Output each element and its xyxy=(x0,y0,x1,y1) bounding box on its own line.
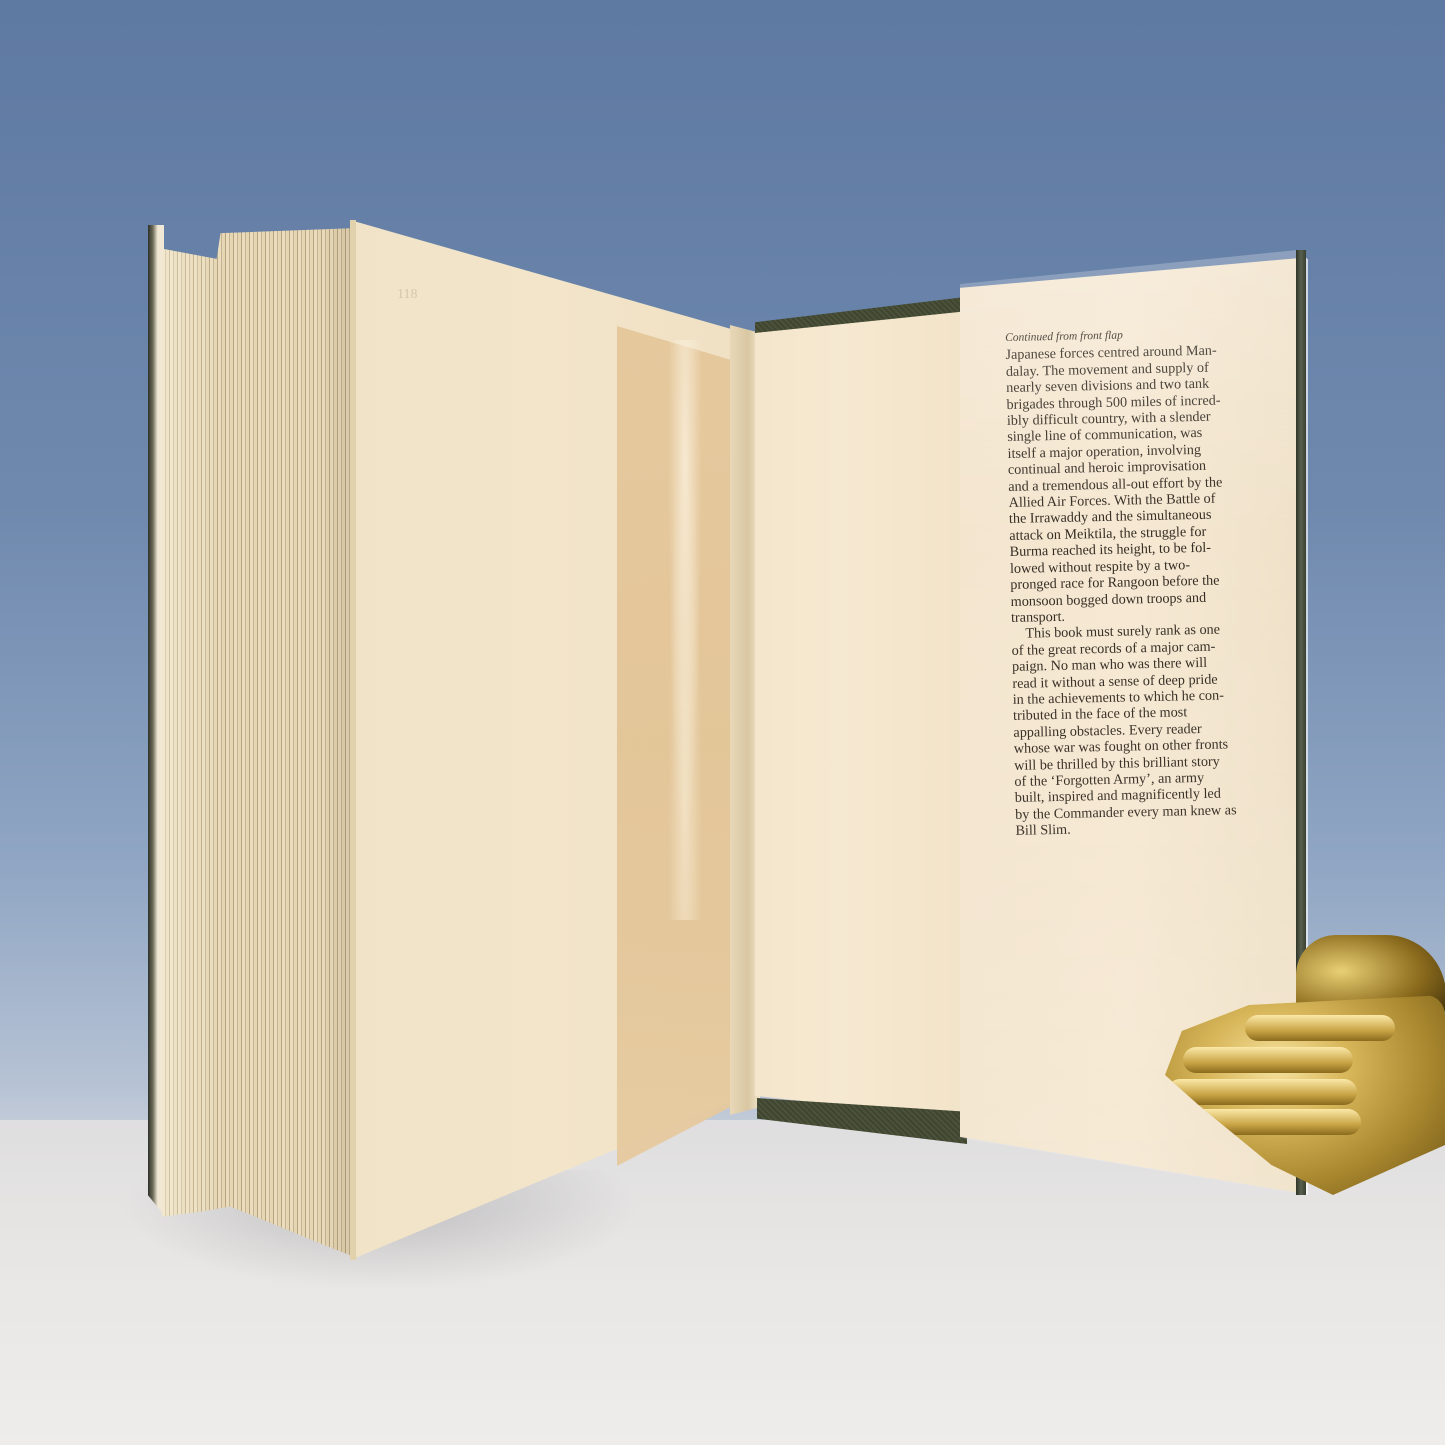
rear-pastedown xyxy=(755,310,970,1120)
finger xyxy=(1183,1047,1353,1073)
front-board-edge xyxy=(148,225,164,1215)
photo-scene: 118 Continued from front flap Japanese f… xyxy=(0,0,1445,1445)
fore-edge-shading xyxy=(162,228,357,1258)
finger xyxy=(1245,1015,1395,1041)
page-edge xyxy=(350,220,356,1260)
page-number: 118 xyxy=(397,287,417,303)
finger xyxy=(1167,1079,1357,1105)
stain-highlight xyxy=(665,340,705,920)
